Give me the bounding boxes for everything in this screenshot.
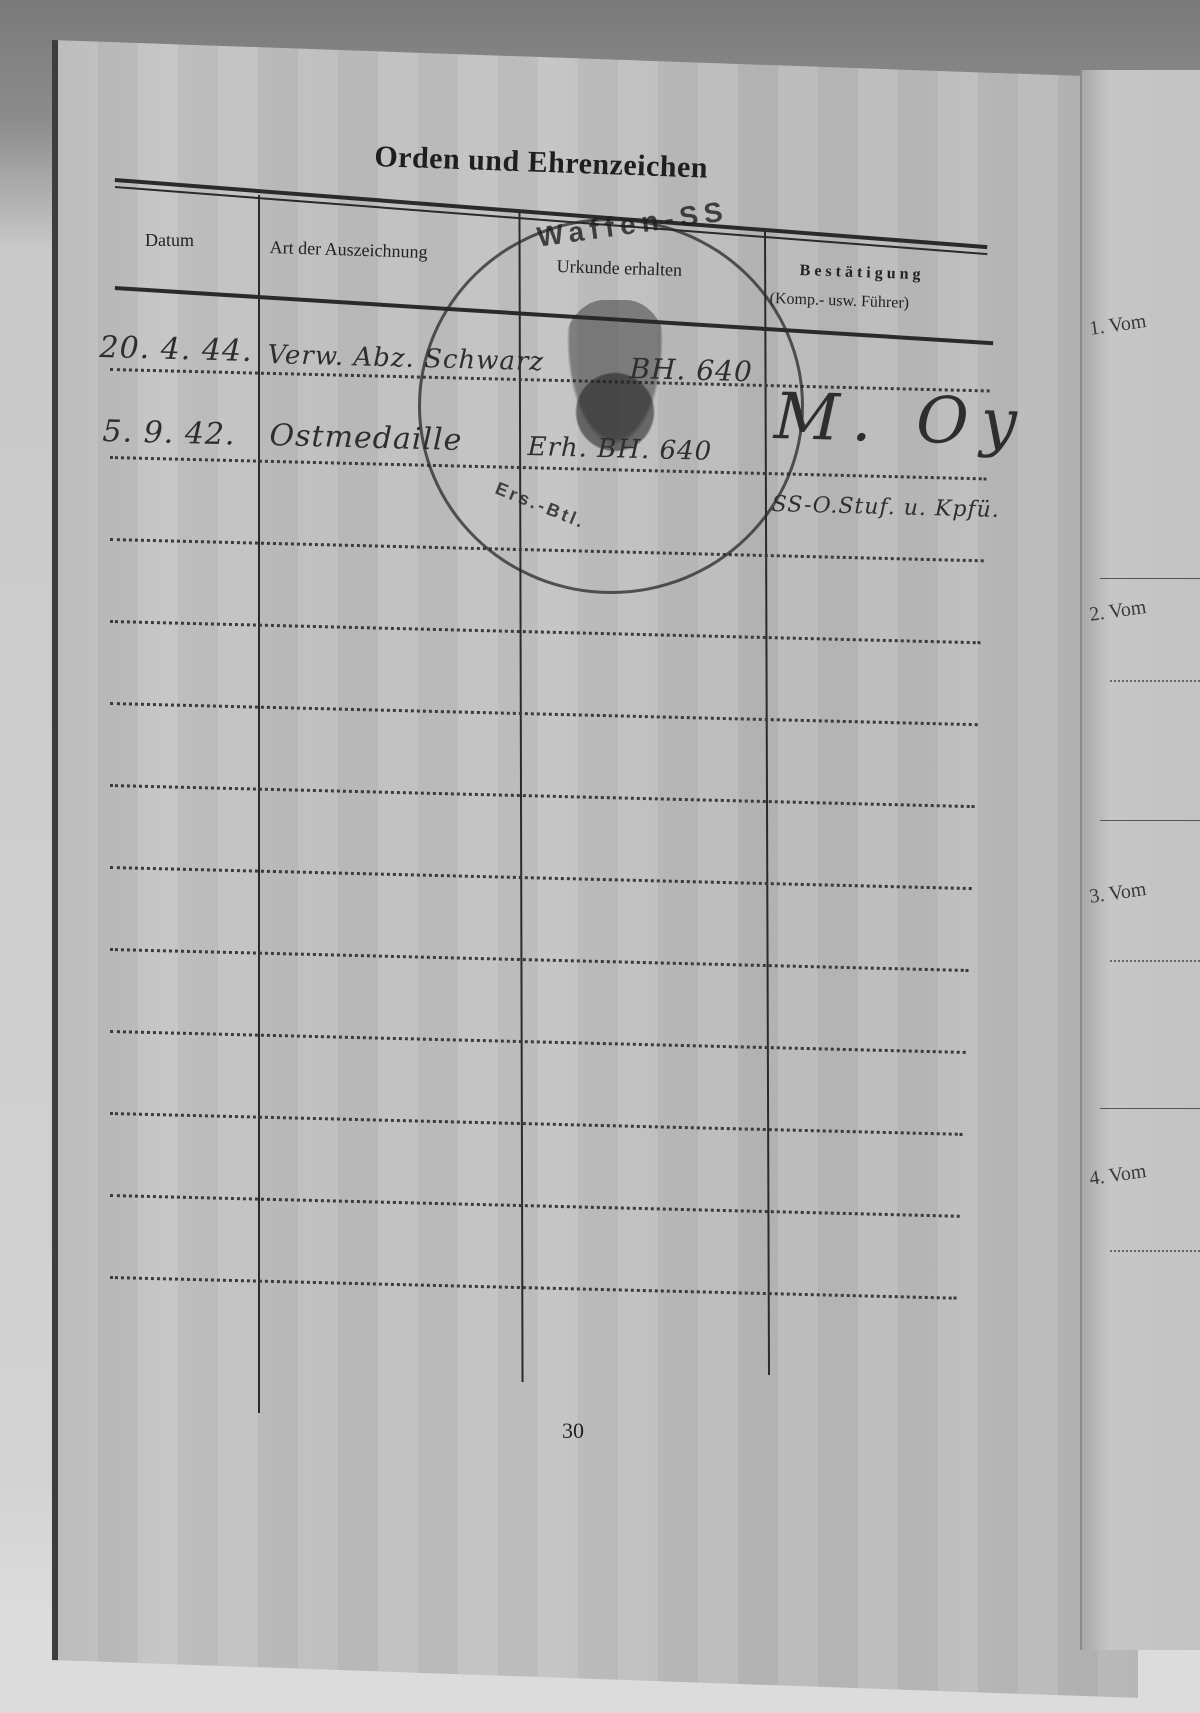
facing-dotted-line [1110, 960, 1200, 962]
entry-2-award: Ostmedaille [269, 418, 463, 458]
column-header-date: Datum [145, 230, 194, 251]
facing-dotted-line [1110, 680, 1200, 682]
facing-rule [1100, 578, 1200, 579]
facing-page [1080, 70, 1200, 1650]
page-number: 30 [562, 1418, 584, 1444]
facing-dotted-line [1110, 1250, 1200, 1252]
column-divider [258, 195, 260, 1413]
facing-rule [1100, 1108, 1200, 1109]
entry-1-certificate: BH. 640 [629, 352, 753, 388]
entry-1-date: 20. 4. 44. [99, 330, 253, 369]
entry-2-date: 5. 9. 42. [102, 414, 236, 452]
confirmation-signature: M. Oy [773, 380, 1030, 461]
facing-rule [1100, 820, 1200, 821]
entry-2-certificate: Erh. BH. 640 [527, 432, 712, 467]
